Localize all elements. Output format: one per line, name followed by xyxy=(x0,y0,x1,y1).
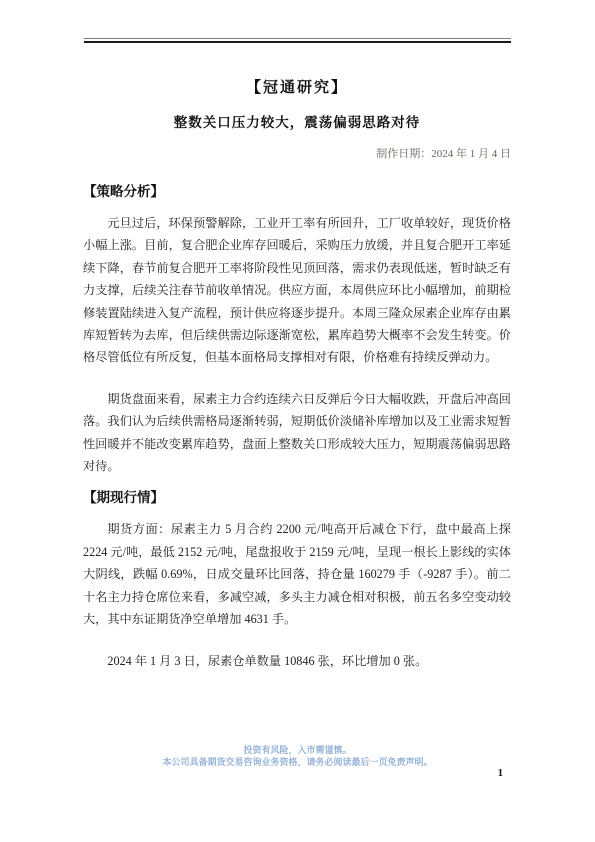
report-date: 制作日期：2024 年 1 月 4 日 xyxy=(83,147,511,162)
paragraph-warehouse-receipts: 2024 年 1 月 3 日，尿素仓单数量 10846 张，环比增加 0 张。 xyxy=(83,650,511,672)
section-heading-strategy-analysis: 【策略分析】 xyxy=(83,183,511,201)
footer-risk-warning: 投资有风险，入市需谨慎。 xyxy=(0,745,595,757)
header-divider-line xyxy=(84,38,511,43)
page-number: 1 xyxy=(498,768,503,779)
report-series-title: 【冠通研究】 xyxy=(83,78,511,98)
paragraph-strategy-2: 期货盘面来看，尿素主力合约连续六日反弹后今日大幅收跌，开盘后冲高回落。我们认为后… xyxy=(83,388,511,478)
section-heading-market-quotes: 【期现行情】 xyxy=(83,489,511,507)
page-content: 【冠通研究】 整数关口压力较大，震荡偏弱思路对待 制作日期：2024 年 1 月… xyxy=(83,78,511,672)
report-headline: 整数关口压力较大，震荡偏弱思路对待 xyxy=(83,114,511,132)
paragraph-strategy-1: 元旦过后，环保预警解除，工业开工率有所回升，工厂收单较好，现货价格小幅上涨。目前… xyxy=(83,212,511,369)
report-page: 【冠通研究】 整数关口压力较大，震荡偏弱思路对待 制作日期：2024 年 1 月… xyxy=(0,0,595,842)
footer-disclaimer: 本公司具备期货交易咨询业务资格，请务必阅读最后一页免责声明。 xyxy=(0,757,595,769)
paragraph-futures-market: 期货方面：尿素主力 5 月合约 2200 元/吨高开后减仓下行，盘中最高上探 2… xyxy=(83,518,511,630)
